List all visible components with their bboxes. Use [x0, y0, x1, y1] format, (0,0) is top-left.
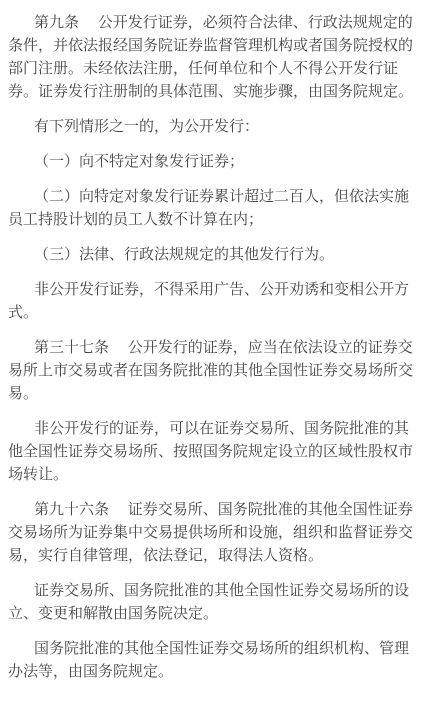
paragraph-public-offering-intro: 有下列情形之一的，为公开发行：	[8, 116, 423, 139]
paragraph-article-37: 第三十七条 公开发行的证券，应当在依法设立的证券交易所上市交易或者在国务院批准的…	[8, 337, 423, 406]
paragraph-item-1: （一）向不特定对象发行证券；	[8, 151, 423, 174]
paragraph-article-9: 第九条 公开发行证券，必须符合法律、行政法规规定的条件，并依法报经国务院证券监督…	[8, 12, 423, 104]
document-body: 第九条 公开发行证券，必须符合法律、行政法规规定的条件，并依法报经国务院证券监督…	[0, 0, 437, 708]
paragraph-non-public-transfer: 非公开发行的证券，可以在证券交易所、国务院批准的其他全国性证券交易场所、按照国务…	[8, 418, 423, 487]
paragraph-non-public-offering: 非公开发行证券，不得采用广告、公开劝诱和变相公开方式。	[8, 279, 423, 325]
paragraph-item-3: （三）法律、行政法规规定的其他发行行为。	[8, 244, 423, 267]
paragraph-exchange-organization: 国务院批准的其他全国性证券交易场所的组织机构、管理办法等，由国务院规定。	[8, 638, 423, 684]
paragraph-exchange-establishment: 证券交易所、国务院批准的其他全国性证券交易场所的设立、变更和解散由国务院决定。	[8, 580, 423, 626]
paragraph-article-96: 第九十六条 证券交易所、国务院批准的其他全国性证券交易场所为证券集中交易提供场所…	[8, 499, 423, 568]
paragraph-item-2: （二）向特定对象发行证券累计超过二百人，但依法实施员工持股计划的员工人数不计算在…	[8, 186, 423, 232]
